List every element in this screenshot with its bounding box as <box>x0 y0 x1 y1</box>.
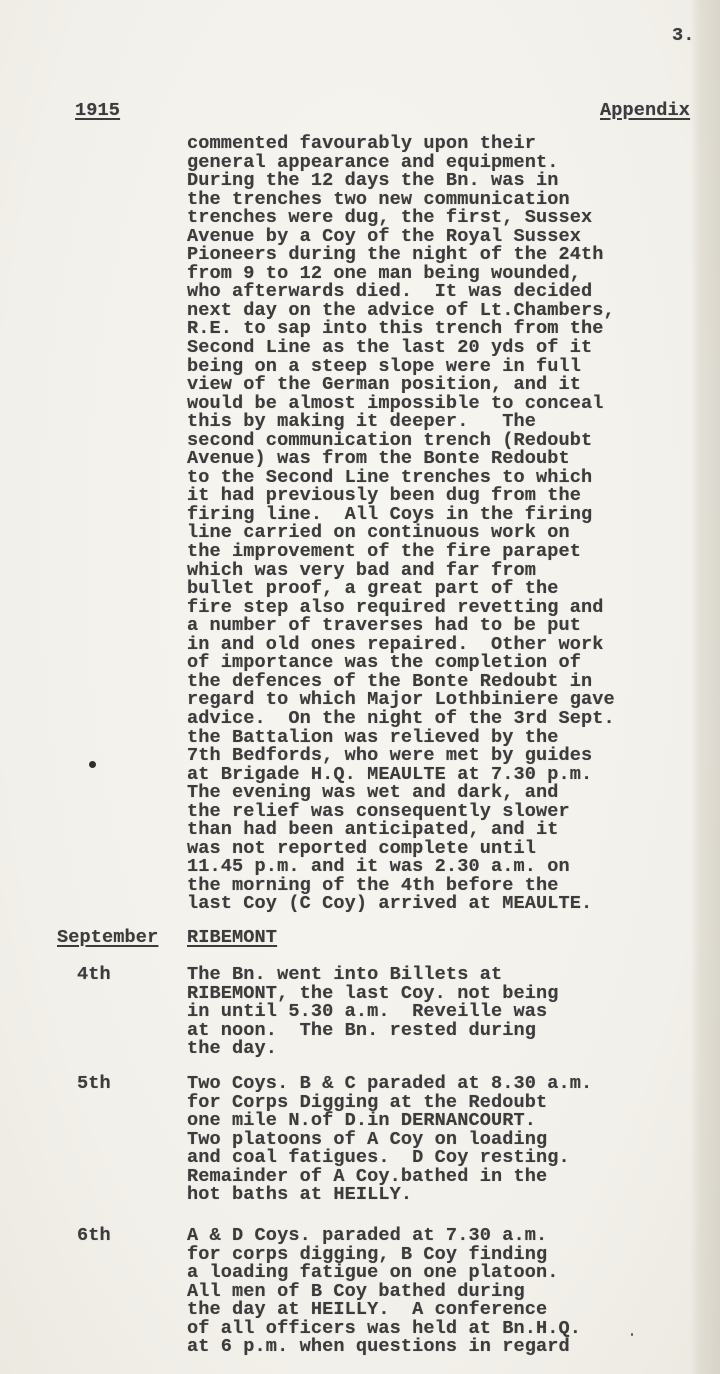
place-heading: RIBEMONT <box>187 929 277 948</box>
entry-text: A & D Coys. paraded at 7.30 a.m. for cor… <box>187 1227 581 1357</box>
entry-text: The Bn. went into Billets at RIBEMONT, t… <box>187 966 559 1059</box>
entry-date: 5th <box>77 1075 111 1094</box>
entry-date: 4th <box>77 966 111 985</box>
entry-text: Two Coys. B & C paraded at 8.30 a.m. for… <box>187 1075 592 1205</box>
entry-date: 6th <box>77 1227 111 1246</box>
document-page: 3. 1915 Appendix commented favourably up… <box>0 0 720 1374</box>
paper-speck-mark <box>631 1333 633 1336</box>
month-heading: September <box>57 929 158 948</box>
year-heading: 1915 <box>75 102 120 121</box>
margin-dot-mark <box>89 761 96 768</box>
appendix-heading: Appendix <box>600 102 690 121</box>
page-number: 3. <box>672 27 695 46</box>
main-body-text: commented favourably upon their general … <box>187 135 615 914</box>
